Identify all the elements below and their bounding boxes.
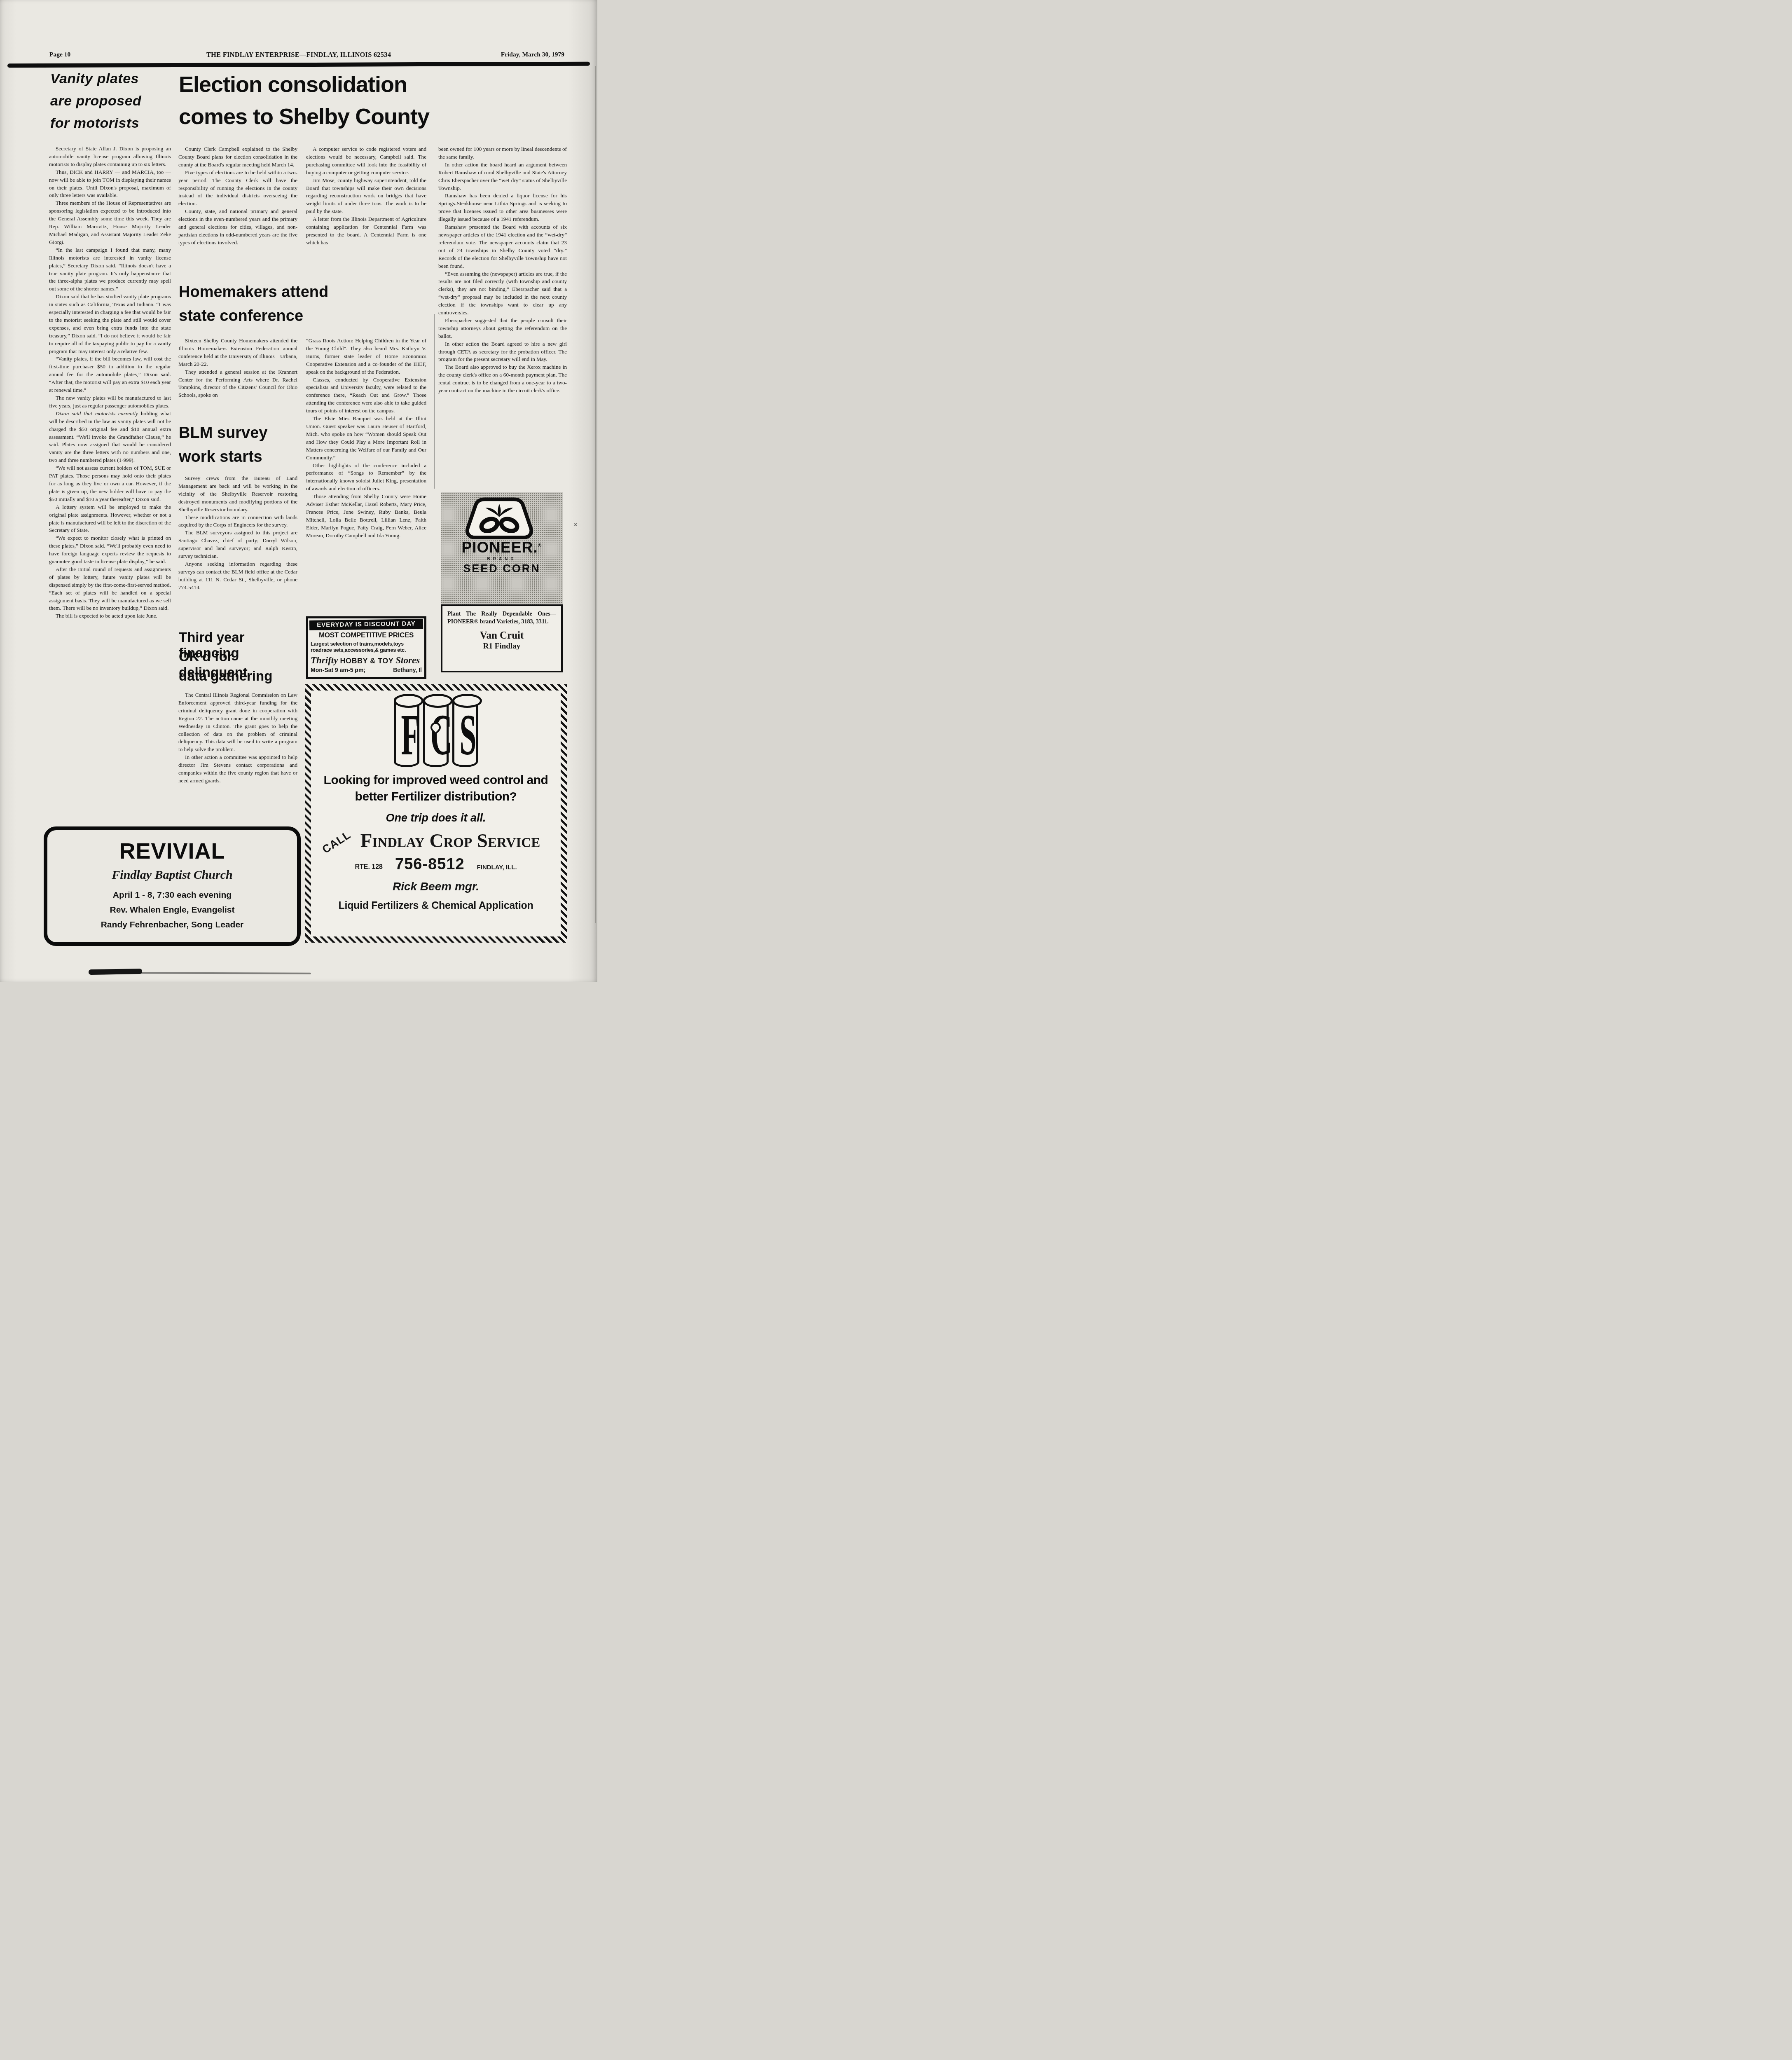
- column-rule: [434, 314, 435, 489]
- thrifty-logo-suffix: Stores: [395, 655, 420, 666]
- paragraph: A computer service to code registered vo…: [306, 145, 426, 177]
- paragraph: The bill is expected to be acted upon la…: [49, 612, 171, 620]
- paragraph: “We expect to monitor closely what is pr…: [49, 534, 171, 566]
- pioneer-logo-block: ® PIONEER.® BRAND SEED CORN: [441, 492, 563, 604]
- paragraph: Thus, DICK and HARRY — and MARCIA, too —…: [49, 169, 171, 200]
- homemakers-article-col1: Sixteen Shelby County Homemakers attende…: [178, 337, 297, 409]
- election-article-col3: been owned for 100 years or more by line…: [438, 145, 567, 490]
- headline-line: Vanity plates: [50, 71, 174, 93]
- registered-mark: ®: [538, 543, 542, 548]
- thrifty-city: Bethany, Il: [393, 667, 422, 673]
- paragraph: County, state, and national primary and …: [178, 208, 297, 247]
- headline-line: state conference: [179, 307, 352, 331]
- fcs-city: FINDLAY, ILL.: [477, 864, 517, 873]
- pioneer-logo-icon: [463, 497, 536, 540]
- thrifty-selection-text: Largest selection of trains,models,toys …: [311, 641, 422, 653]
- pioneer-ad: ® PIONEER.® BRAND SEED CORN Plant The Re…: [441, 492, 563, 674]
- revival-ad: REVIVIAL Findlay Baptist Church April 1 …: [44, 826, 301, 946]
- paragraph: The Elsie Mies Banquet was held at the I…: [306, 415, 426, 461]
- paragraph: “Vanity plates, if the bill becomes law,…: [49, 355, 171, 394]
- paragraph: Classes, conducted by Cooperative Extens…: [306, 376, 426, 415]
- paragraph: Dixon said that he has studied vanity pl…: [49, 293, 171, 355]
- paragraph: Anyone seeking information regarding the…: [178, 560, 297, 592]
- paragraph: Jim Mose, county highway superintendent,…: [306, 177, 426, 216]
- financing-headline: Third year financingOK'd for delinquentd…: [179, 630, 302, 688]
- paragraph: been owned for 100 years or more by line…: [438, 145, 567, 161]
- paragraph: Three members of the House of Representa…: [49, 199, 171, 246]
- thrifty-ad: EVERYDAY IS DISCOUNT DAY MOST COMPETITIV…: [306, 616, 426, 679]
- revival-church: Findlay Baptist Church: [47, 868, 297, 882]
- pioneer-dealer-address: R1 Findlay: [447, 642, 556, 651]
- paragraph: These modifications are in connection wi…: [178, 514, 297, 529]
- headline-line: Election consolidation: [179, 72, 492, 104]
- paragraph: A letter from the Illinois Department of…: [306, 215, 426, 247]
- fcs-headline: Looking for improved weed control and be…: [318, 772, 554, 805]
- fcs-cylinder-c: C: [423, 695, 449, 767]
- paragraph: Five types of elections are to be held w…: [178, 169, 297, 208]
- thrifty-headline: MOST COMPETITIVE PRICES: [308, 631, 424, 639]
- paragraph: The Board also approved to buy the Xerox…: [438, 363, 567, 395]
- headline-line: are proposed: [50, 93, 174, 115]
- headline-line: data gathering: [179, 668, 302, 688]
- thrifty-hours: Mon-Sat 9 am-5 pm;: [311, 667, 365, 673]
- headline-line: work starts: [179, 448, 302, 472]
- fcs-cylinder-f: F: [394, 695, 419, 767]
- paragraph: In other action a committee was appointe…: [178, 754, 297, 785]
- paragraph: After the initial round of requests and …: [49, 566, 171, 612]
- paragraph: “Grass Roots Action: Helping Children in…: [306, 337, 426, 376]
- paragraph: In other action the Board agreed to hire…: [438, 340, 567, 364]
- paragraph: County Clerk Campbell explained to the S…: [178, 145, 297, 169]
- issue-date: Friday, March 30, 1979: [433, 51, 564, 59]
- headline-line: for motorists: [50, 115, 174, 138]
- paragraph: Ramshaw has been denied a liquor license…: [438, 192, 567, 223]
- fcs-phone-number: 756-8512: [395, 856, 465, 873]
- fcs-letter-c: C: [430, 706, 441, 763]
- paragraph: Other highlights of the conference inclu…: [306, 462, 426, 493]
- paragraph: Survey crews from the Bureau of Land Man…: [178, 475, 297, 514]
- headline-line: BLM survey: [179, 424, 302, 448]
- paragraph: Ramshaw presented the Board with account…: [438, 223, 567, 270]
- paragraph: They attended a general session at the K…: [178, 368, 297, 400]
- election-article-col1: County Clerk Campbell explained to the S…: [178, 145, 297, 280]
- fcs-company-name: Findlay Crop Service: [346, 829, 554, 853]
- thrifty-logo: Thrifty HOBBY & TOY Stores: [311, 655, 422, 666]
- headline-line: Homemakers attend: [179, 283, 352, 307]
- paragraph: The new vanity plates will be manufactur…: [49, 394, 171, 410]
- pioneer-copy: Plant The Really Dependable Ones— PIONEE…: [447, 610, 556, 626]
- paragraph: “We will not assess current holders of T…: [49, 464, 171, 503]
- paragraph: The BLM surveyors assigned to this proje…: [178, 529, 297, 560]
- pioneer-dealer-name: Van Cruit: [447, 630, 556, 641]
- headline-line: OK'd for delinquent: [179, 649, 302, 668]
- pioneer-wordmark: PIONEER.®: [441, 539, 563, 556]
- pioneer-dealer-box: Plant The Really Dependable Ones— PIONEE…: [441, 604, 563, 672]
- fcs-letter-s: S: [459, 706, 470, 763]
- blm-article-body: Survey crews from the Bureau of Land Man…: [178, 475, 297, 618]
- paragraph: A lottery system will be employed to mak…: [49, 503, 171, 535]
- vanity-article-body: Secretary of State Allan J. Dixon is pro…: [49, 145, 171, 821]
- paragraph: Those attending from Shelby County were …: [306, 493, 426, 539]
- election-article-col2: A computer service to code registered vo…: [306, 145, 426, 298]
- paragraph: The Central Illinois Regional Commission…: [178, 691, 297, 754]
- thrifty-logo-mid: HOBBY & TOY: [340, 657, 393, 665]
- paragraph: Dixon said that motorists currently hold…: [49, 410, 171, 464]
- election-headline: Election consolidationcomes to Shelby Co…: [179, 72, 492, 136]
- fcs-tagline: One trip does it all.: [318, 812, 554, 824]
- pioneer-brand-word: BRAND: [441, 557, 563, 562]
- paragraph: Secretary of State Allan J. Dixon is pro…: [49, 145, 171, 169]
- pioneer-brand-text: PIONEER.: [462, 539, 538, 556]
- fcs-ad: F C S Looking for improved weed control …: [305, 684, 567, 943]
- blm-headline: BLM surveywork starts: [179, 424, 302, 472]
- paragraph: Eberspacher suggested that the people co…: [438, 317, 567, 340]
- thrifty-banner: EVERYDAY IS DISCOUNT DAY: [309, 619, 423, 630]
- pioneer-product: SEED CORN: [441, 562, 563, 575]
- paragraph: In other action the board heard an argum…: [438, 161, 567, 192]
- fcs-letter-f: F: [401, 706, 412, 763]
- vanity-headline: Vanity platesare proposedfor motorists: [50, 71, 174, 138]
- headline-line: Third year financing: [179, 630, 302, 649]
- page-edge-line: [595, 66, 596, 923]
- revival-schedule: April 1 - 8, 7:30 each evening: [47, 890, 297, 900]
- fcs-route: RTE. 128: [355, 864, 383, 873]
- paragraph: “In the last campaign I found that many,…: [49, 246, 171, 293]
- headline-line: comes to Shelby County: [179, 104, 492, 136]
- fcs-cylinders: F C S: [318, 695, 554, 767]
- revival-evangelist: Rev. Whalen Engle, Evangelist: [47, 905, 297, 915]
- masthead-rule: [7, 62, 590, 68]
- revival-song-leader: Randy Fehrenbacher, Song Leader: [47, 920, 297, 930]
- financing-article-body: The Central Illinois Regional Commission…: [178, 691, 297, 818]
- thrifty-logo-prefix: Thrifty: [311, 655, 338, 666]
- newspaper-page: Page 10 THE FINDLAY ENTERPRISE—FINDLAY, …: [0, 0, 597, 982]
- registered-mark: ®: [574, 522, 577, 527]
- fcs-cylinder-s: S: [452, 695, 478, 767]
- homemakers-headline: Homemakers attendstate conference: [179, 283, 352, 331]
- fcs-manager: Rick Beem mgr.: [318, 880, 554, 893]
- paragraph: “Even assuming the (newspaper) articles …: [438, 270, 567, 317]
- revival-title: REVIVIAL: [47, 838, 297, 864]
- paragraph: Sixteen Shelby County Homemakers attende…: [178, 337, 297, 368]
- homemakers-article-col2: “Grass Roots Action: Helping Children in…: [306, 337, 426, 612]
- fcs-services: Liquid Fertilizers & Chemical Applicatio…: [318, 900, 554, 912]
